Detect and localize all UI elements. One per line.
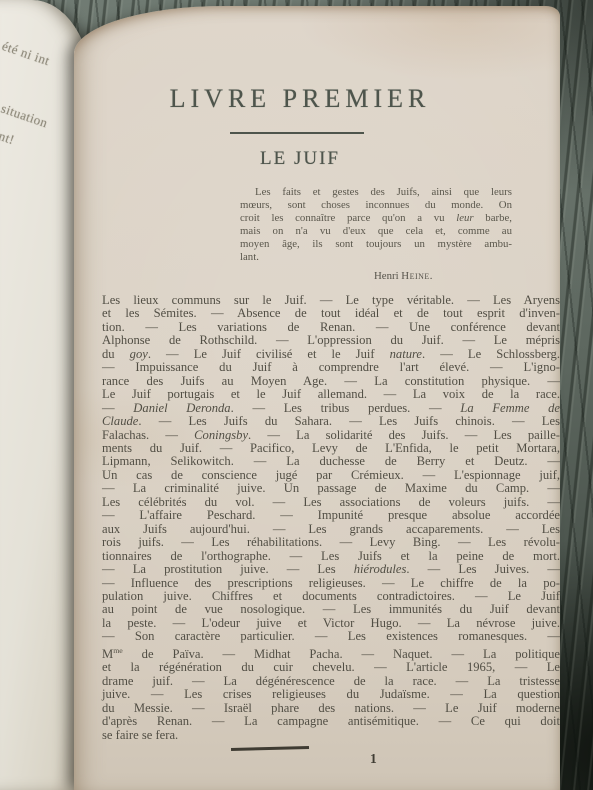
text-segment: et la régénération du cuir chevelu. — L'… <box>102 660 560 674</box>
text-segment: Les faits et gestes des Juifs, ainsi que… <box>255 186 512 198</box>
summary-line: du goy. — Le Juif civilisé et le Juif na… <box>102 348 560 361</box>
summary-line: — La criminalité juive. Un passage de Ma… <box>102 482 560 495</box>
text-segment: croit les connaître parce qu'on a vu <box>240 212 456 224</box>
text-segment: Claude <box>102 414 138 428</box>
summary-line: pulation juive. Chiffres et documents co… <box>102 590 560 603</box>
text-segment: Falachas. — <box>102 428 194 442</box>
text-segment: se faire se fera. <box>102 728 178 742</box>
text-segment: du Messie. — Israël phare des nations. —… <box>102 701 560 715</box>
text-segment: pulation juive. Chiffres et documents co… <box>102 589 560 603</box>
text-segment: — La criminalité juive. Un passage de Ma… <box>102 481 560 495</box>
summary-line: au point de vue nosologique. — Les immun… <box>102 603 560 616</box>
text-segment: — Impuissance du Juif à comprendre l'art… <box>102 360 560 374</box>
summary-line: du Messie. — Israël phare des nations. —… <box>102 702 560 715</box>
summary-line: — La prostitution juive. — Les hiérodule… <box>102 563 560 576</box>
summary-line: Les lieux communs sur le Juif. — Le type… <box>102 294 560 307</box>
summary-line: et les Sémites. — Absence de tout idéal … <box>102 307 560 320</box>
text-segment: lant. <box>240 251 259 263</box>
text-segment: . — La solidarité des Juifs. — Les paill… <box>248 428 560 442</box>
summary-line: se faire se fera. <box>102 729 560 742</box>
text-segment: et les Sémites. — Absence de tout idéal … <box>102 306 560 320</box>
chapter-summary: Les lieux communs sur le Juif. — Le type… <box>102 294 560 742</box>
text-segment: Lipmann, Selikowitch. — La duchesse de B… <box>102 454 560 468</box>
text-segment: me <box>113 646 123 655</box>
text-segment: mais on n'a vu d'eux que cela et, comme … <box>240 225 512 237</box>
book-part-heading: LIVRE PREMIER <box>74 84 526 114</box>
epigraph: Les faits et gestes des Juifs, ainsi que… <box>240 186 512 283</box>
book-page: LIVRE PREMIER LE JUIF Les faits et geste… <box>74 6 560 790</box>
text-segment: . — Les Juives. — <box>406 562 560 576</box>
epigraph-line: mœurs, sont choses inconnues du monde. O… <box>240 199 512 212</box>
text-segment: M <box>102 647 113 661</box>
summary-line: ments du Juif. — Pacifico, Levy de L'Enf… <box>102 442 560 455</box>
heading-rule <box>230 132 364 134</box>
text-segment: Les célébrités du vol. — Les association… <box>102 495 560 509</box>
text-segment: Un cas de conscience jugé par Crémieux. … <box>102 468 560 482</box>
text-segment: Le Juif portugais et le Juif allemand. —… <box>102 387 560 401</box>
summary-line: — Daniel Deronda. — Les tribus perdues. … <box>102 402 560 415</box>
text-segment: drame juif. — La dégénérescence de la ra… <box>102 674 560 688</box>
text-segment: mœurs, sont choses inconnues du monde. O… <box>240 199 512 211</box>
end-rule <box>231 746 309 751</box>
text-segment: ments du Juif. — Pacifico, Levy de L'Enf… <box>102 441 560 455</box>
text-segment: la peste. — L'odeur juive et Victor Hugo… <box>102 616 560 630</box>
summary-line: aux Juifs aujourd'hui. — Les grands acca… <box>102 523 560 536</box>
epigraph-body: Les faits et gestes des Juifs, ainsi que… <box>240 186 512 265</box>
text-segment: Les lieux communs sur le Juif. — Le type… <box>102 293 560 307</box>
text-segment: . — Le Schlossberg. <box>422 347 560 361</box>
text-segment: . — Le Juif civilisé et le Juif <box>148 347 390 361</box>
previous-page-text-fragment: été ni int <box>0 38 52 69</box>
text-segment: . — Les Juifs du Sahara. — Les Juifs chi… <box>138 414 560 428</box>
summary-line: — Influence des prescriptions religieuse… <box>102 577 560 590</box>
summary-line: Le Juif portugais et le Juif allemand. —… <box>102 388 560 401</box>
summary-line: Mme de Païva. — Midhat Pacha. — Naquet. … <box>102 644 560 662</box>
epigraph-line: moyen âge, ils sont toujours un mystère … <box>240 238 512 251</box>
text-segment: rois juifs. — Les réhabilitations. — Lev… <box>102 535 560 549</box>
chapter-title: LE JUIF <box>74 148 526 170</box>
summary-line: et la régénération du cuir chevelu. — L'… <box>102 661 560 674</box>
text-segment: barbe, <box>474 212 512 224</box>
text-segment: aux Juifs aujourd'hui. — Les grands acca… <box>102 522 560 536</box>
text-segment: — Son caractère particulier. — Les exist… <box>102 629 560 643</box>
summary-line: drame juif. — La dégénérescence de la ra… <box>102 675 560 688</box>
text-segment: d'après Renan. — La campagne antisémitiq… <box>102 714 560 728</box>
summary-line: tion. — Les variations de Renan. — Une c… <box>102 321 560 334</box>
text-segment: Daniel Deronda <box>133 401 230 415</box>
text-segment: — <box>102 401 133 415</box>
text-segment: Coningsby <box>194 428 248 442</box>
summary-line: rance des Juifs au Moyen Age. — La const… <box>102 375 560 388</box>
summary-line: Les célébrités du vol. — Les association… <box>102 496 560 509</box>
text-segment: du <box>102 347 130 361</box>
summary-line: Alphonse de Rothschild. — L'oppression d… <box>102 334 560 347</box>
text-segment: juive. — Les crises religieuses du Judaï… <box>102 687 560 701</box>
text-segment: nature <box>390 347 422 361</box>
page-number: 1 <box>370 751 377 767</box>
summary-line: Un cas de conscience jugé par Crémieux. … <box>102 469 560 482</box>
text-segment: moyen âge, ils sont toujours un mystère … <box>240 238 512 250</box>
summary-line: rois juifs. — Les réhabilitations. — Lev… <box>102 536 560 549</box>
summary-line: juive. — Les crises religieuses du Judaï… <box>102 688 560 701</box>
epigraph-line: mais on n'a vu d'eux que cela et, comme … <box>240 225 512 238</box>
text-segment: . — Les tribus perdues. — <box>231 401 461 415</box>
summary-line: Falachas. — Coningsby. — La solidarité d… <box>102 429 560 442</box>
text-segment: goy <box>130 347 148 361</box>
book-photo: { "page": { "book_heading": "LIVRE PREMI… <box>0 0 593 790</box>
text-segment: au point de vue nosologique. — Les immun… <box>102 602 560 616</box>
epigraph-attribution: Henri Heine. <box>374 270 512 283</box>
text-segment: — Influence des prescriptions religieuse… <box>102 576 560 590</box>
text-segment: tionnaires de l'orthographe. — Les Juifs… <box>102 549 560 563</box>
text-segment: La Femme de <box>460 401 560 415</box>
text-segment: Henri <box>374 270 401 282</box>
summary-line: Lipmann, Selikowitch. — La duchesse de B… <box>102 455 560 468</box>
summary-line: — Impuissance du Juif à comprendre l'art… <box>102 361 560 374</box>
text-segment: de Païva. — Midhat Pacha. — Naquet. — La… <box>123 647 560 661</box>
summary-line: — L'affaire Peschard. — Impunité presque… <box>102 509 560 522</box>
text-segment: — L'affaire Peschard. — Impunité presque… <box>102 508 560 522</box>
summary-line: tionnaires de l'orthographe. — Les Juifs… <box>102 550 560 563</box>
previous-page-text-fragment: ant! <box>0 126 17 148</box>
text-segment: Heine. <box>401 270 433 282</box>
previous-page-text-fragment: le situation <box>0 96 50 131</box>
summary-line: la peste. — L'odeur juive et Victor Hugo… <box>102 617 560 630</box>
text-segment: rance des Juifs au Moyen Age. — La const… <box>102 374 560 388</box>
text-segment: Alphonse de Rothschild. — L'oppression d… <box>102 333 560 347</box>
epigraph-line: croit les connaître parce qu'on a vu leu… <box>240 212 512 225</box>
text-segment: leur <box>456 212 473 224</box>
summary-line: — Son caractère particulier. — Les exist… <box>102 630 560 643</box>
text-segment: hiérodules <box>354 562 407 576</box>
epigraph-line: Les faits et gestes des Juifs, ainsi que… <box>240 186 512 199</box>
summary-line: d'après Renan. — La campagne antisémitiq… <box>102 715 560 728</box>
epigraph-line: lant. <box>240 251 512 264</box>
summary-line: Claude. — Les Juifs du Sahara. — Les Jui… <box>102 415 560 428</box>
text-segment: — La prostitution juive. — Les <box>102 562 354 576</box>
text-segment: tion. — Les variations de Renan. — Une c… <box>102 320 560 334</box>
